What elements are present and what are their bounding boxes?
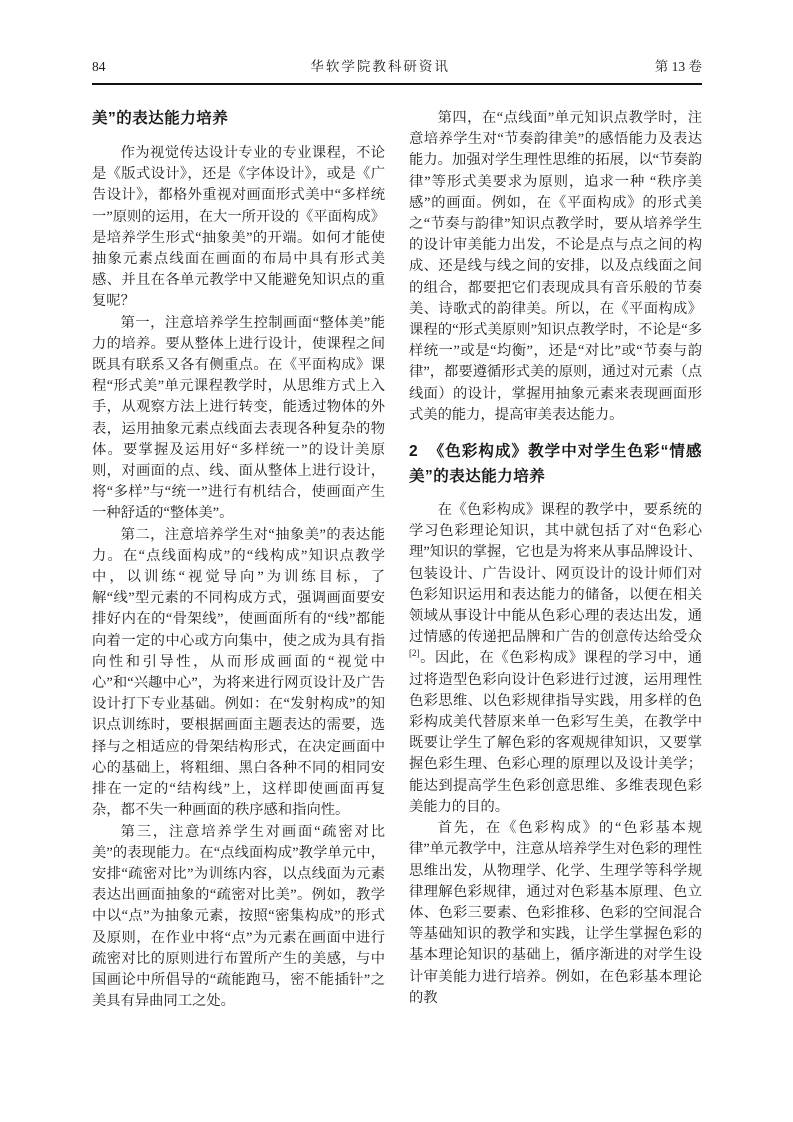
paragraph-color-basics: 首先，在《色彩构成》的“色彩基本规律”单元教学中，注意从培养学生对色彩的理性思维… — [409, 818, 702, 1009]
journal-title: 华软学院教科研资讯 — [310, 58, 450, 76]
paragraph-first-point: 第一，注意培养学生控制画面“整体美”能力的培养。要从整体上进行设计，使课程之间既… — [92, 313, 385, 525]
volume-label: 第 13 卷 — [655, 58, 702, 76]
section-2-heading: 2《色彩构成》教学中对学生色彩“情感美”的表达能力培养 — [409, 439, 702, 489]
paragraph-color-course-text: 在《色彩构成》课程的教学中，要系统的学习色彩理论知识，其中就包括了对“色彩心理”… — [409, 502, 702, 645]
section-2-number: 2 — [409, 443, 418, 460]
paragraph-intro: 作为视觉传达设计专业的专业课程，不论是《版式设计》，还是《字体设计》，或是《广告… — [92, 143, 385, 313]
two-column-body: 美”的表达能力培养 作为视觉传达设计专业的专业课程，不论是《版式设计》，还是《字… — [92, 108, 702, 1012]
paragraph-color-course: 在《色彩构成》课程的教学中，要系统的学习色彩理论知识，其中就包括了对“色彩心理”… — [409, 500, 702, 818]
left-column: 美”的表达能力培养 作为视觉传达设计专业的专业课程，不论是《版式设计》，还是《字… — [92, 108, 385, 1012]
page-header: 84 华软学院教科研资讯 第 13 卷 — [92, 58, 702, 85]
journal-page: 84 华软学院教科研资讯 第 13 卷 美”的表达能力培养 作为视觉传达设计专业… — [0, 0, 793, 1122]
paragraph-fourth-point: 第四，在“点线面”单元知识点教学时，注意培养学生对“节奏韵律美”的感悟能力及表达… — [409, 108, 702, 426]
paragraph-third-point: 第三，注意培养学生对画面“疏密对比美”的表现能力。在“点线面构成”教学单元中，安… — [92, 822, 385, 1013]
page-number: 84 — [92, 58, 106, 76]
section-heading-continued: 美”的表达能力培养 — [92, 108, 385, 130]
paragraph-color-course-text-cont: 。因此，在《色彩构成》课程的学习中，通过将造型色彩向设计色彩进行过渡，运用理性色… — [409, 650, 702, 814]
section-2-title: 《色彩构成》教学中对学生色彩“情感美”的表达能力培养 — [409, 443, 702, 485]
citation-2-marker: [2] — [409, 649, 420, 659]
right-column: 第四，在“点线面”单元知识点教学时，注意培养学生对“节奏韵律美”的感悟能力及表达… — [409, 108, 702, 1012]
paragraph-second-point: 第二，注意培养学生对“抽象美”的表达能力。在“点线面构成”的“线构成”知识点教学… — [92, 525, 385, 822]
